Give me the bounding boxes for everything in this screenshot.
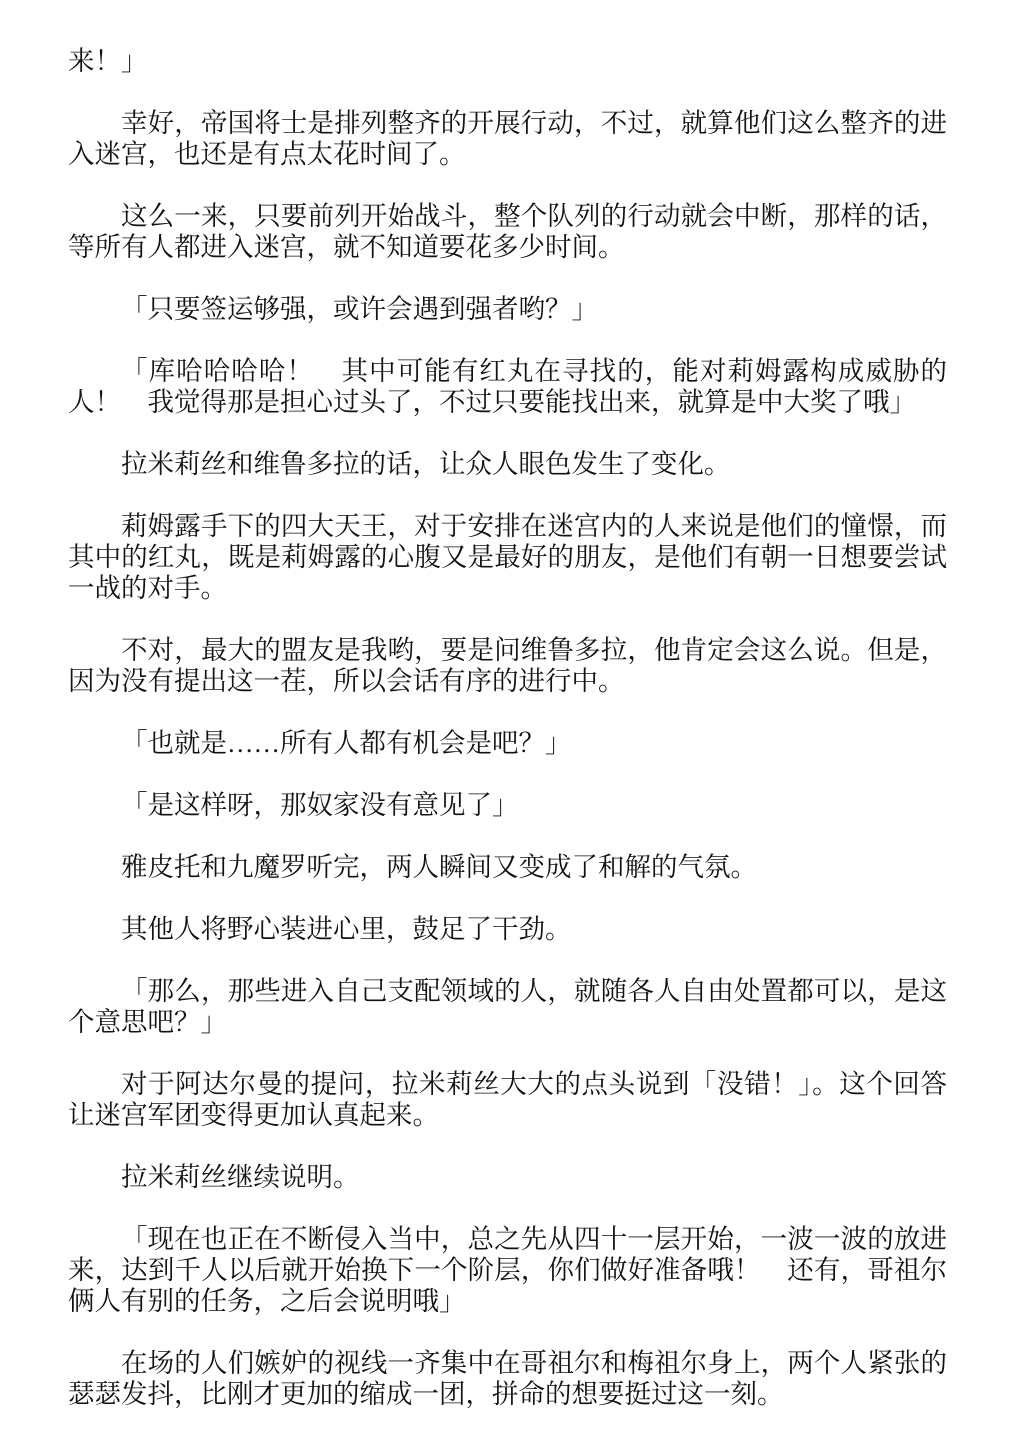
paragraph: 「是这样呀，那奴家没有意见了」 [68, 790, 947, 821]
paragraph: 「现在也正在不断侵入当中，总之先从四十一层开始，一波一波的放进来，达到千人以后就… [68, 1224, 947, 1317]
paragraph: 雅皮托和九魔罗听完，两人瞬间又变成了和解的气氛。 [68, 852, 947, 883]
paragraph: 拉米莉丝和维鲁多拉的话，让众人眼色发生了变化。 [68, 449, 947, 480]
paragraph: 在场的人们嫉妒的视线一齐集中在哥祖尔和梅祖尔身上，两个人紧张的瑟瑟发抖，比刚才更… [68, 1348, 947, 1410]
paragraph: 「那么，那些进入自己支配领域的人，就随各人自由处置都可以，是这个意思吧？」 [68, 976, 947, 1038]
paragraph: 幸好，帝国将士是排列整齐的开展行动，不过，就算他们这么整齐的进入迷宫，也还是有点… [68, 108, 947, 170]
paragraph: 这么一来，只要前列开始战斗，整个队列的行动就会中断，那样的话，等所有人都进入迷宫… [68, 201, 947, 263]
paragraph: 不对，最大的盟友是我哟，要是问维鲁多拉，他肯定会这么说。但是，因为没有提出这一茬… [68, 635, 947, 697]
paragraph: 莉姆露手下的四大天王，对于安排在迷宫内的人来说是他们的憧憬，而其中的红丸，既是莉… [68, 511, 947, 604]
paragraph: 对于阿达尔曼的提问，拉米莉丝大大的点头说到「没错！」。这个回答让迷宫军团变得更加… [68, 1069, 947, 1131]
paragraph: 来！」 [68, 46, 947, 77]
paragraph: 「只要签运够强，或许会遇到强者哟？」 [68, 294, 947, 325]
paragraph: 其他人将野心装进心里，鼓足了干劲。 [68, 914, 947, 945]
paragraph: 「库哈哈哈哈！ 其中可能有红丸在寻找的，能对莉姆露构成威胁的人！ 我觉得那是担心… [68, 356, 947, 418]
paragraph: 「也就是……所有人都有机会是吧？」 [68, 728, 947, 759]
page-text: 来！」幸好，帝国将士是排列整齐的开展行动，不过，就算他们这么整齐的进入迷宫，也还… [68, 46, 947, 1410]
paragraph: 拉米莉丝继续说明。 [68, 1162, 947, 1193]
document-page: 来！」幸好，帝国将士是排列整齐的开展行动，不过，就算他们这么整齐的进入迷宫，也还… [0, 0, 1017, 1437]
